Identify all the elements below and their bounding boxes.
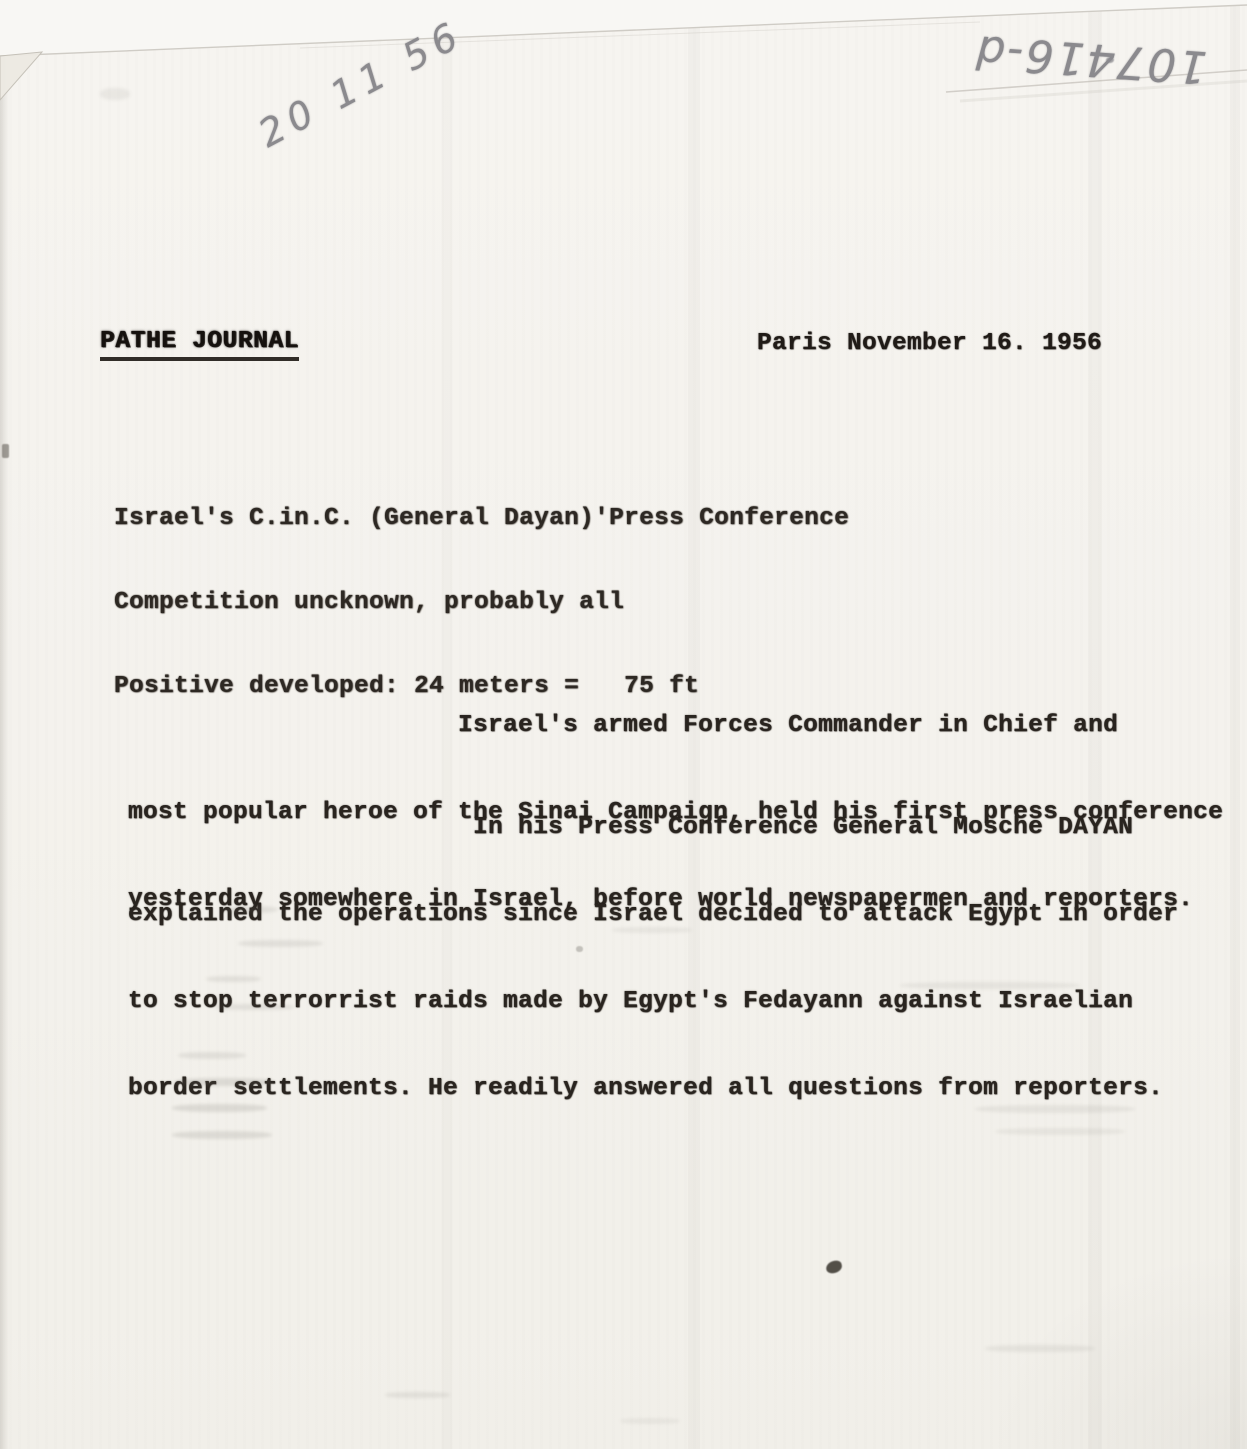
- paragraph-line: explained the operations since Israel de…: [128, 900, 1178, 929]
- paragraph-line: border settlements. He readily answered …: [128, 1074, 1178, 1103]
- subject-line-competition: Competition uncknown, probably all: [114, 589, 849, 617]
- handwritten-reference-number: 107416-d: [966, 0, 1211, 94]
- pencil-smudge: [238, 940, 323, 947]
- pencil-smudge: [172, 1104, 267, 1112]
- pencil-smudge: [178, 1052, 246, 1059]
- dog-ear-fold: [0, 52, 42, 100]
- pencil-smudge: [222, 906, 278, 913]
- pencil-smudge: [385, 1392, 450, 1398]
- paragraph-line: to stop terrorrist raids made by Egypt's…: [128, 987, 1178, 1016]
- body-paragraph-2: In his Press Conference General Mosche D…: [128, 755, 1178, 1161]
- pencil-smudge: [206, 976, 261, 982]
- pencil-smudge: [995, 1128, 1125, 1135]
- pencil-smudge: [174, 1078, 274, 1086]
- left-margin-mark: [2, 444, 9, 458]
- ink-speck: [576, 946, 583, 952]
- pencil-smudge: [975, 1105, 1135, 1113]
- pencil-smudge: [100, 88, 130, 100]
- place-dateline: Paris November 16. 1956: [757, 330, 1102, 357]
- paragraph-line: Israel's armed Forces Commander in Chief…: [128, 711, 1223, 740]
- pencil-smudge: [620, 1418, 680, 1424]
- paragraph-line: In his Press Conference General Mosche D…: [128, 813, 1178, 842]
- masthead-title: PATHE JOURNAL: [100, 328, 299, 361]
- pencil-dot-mark: [1106, 57, 1114, 63]
- pencil-smudge: [985, 1345, 1095, 1352]
- subject-line-title: Israel's C.in.C. (General Dayan)'Press C…: [114, 505, 849, 533]
- scanned-document-page: 107416-d 20 11 56 PATHE JOURNAL Paris No…: [0, 0, 1247, 1449]
- pencil-smudge: [172, 1131, 272, 1139]
- pencil-smudge: [612, 927, 692, 933]
- pencil-smudge: [900, 982, 1080, 989]
- pencil-smudge: [214, 1004, 294, 1010]
